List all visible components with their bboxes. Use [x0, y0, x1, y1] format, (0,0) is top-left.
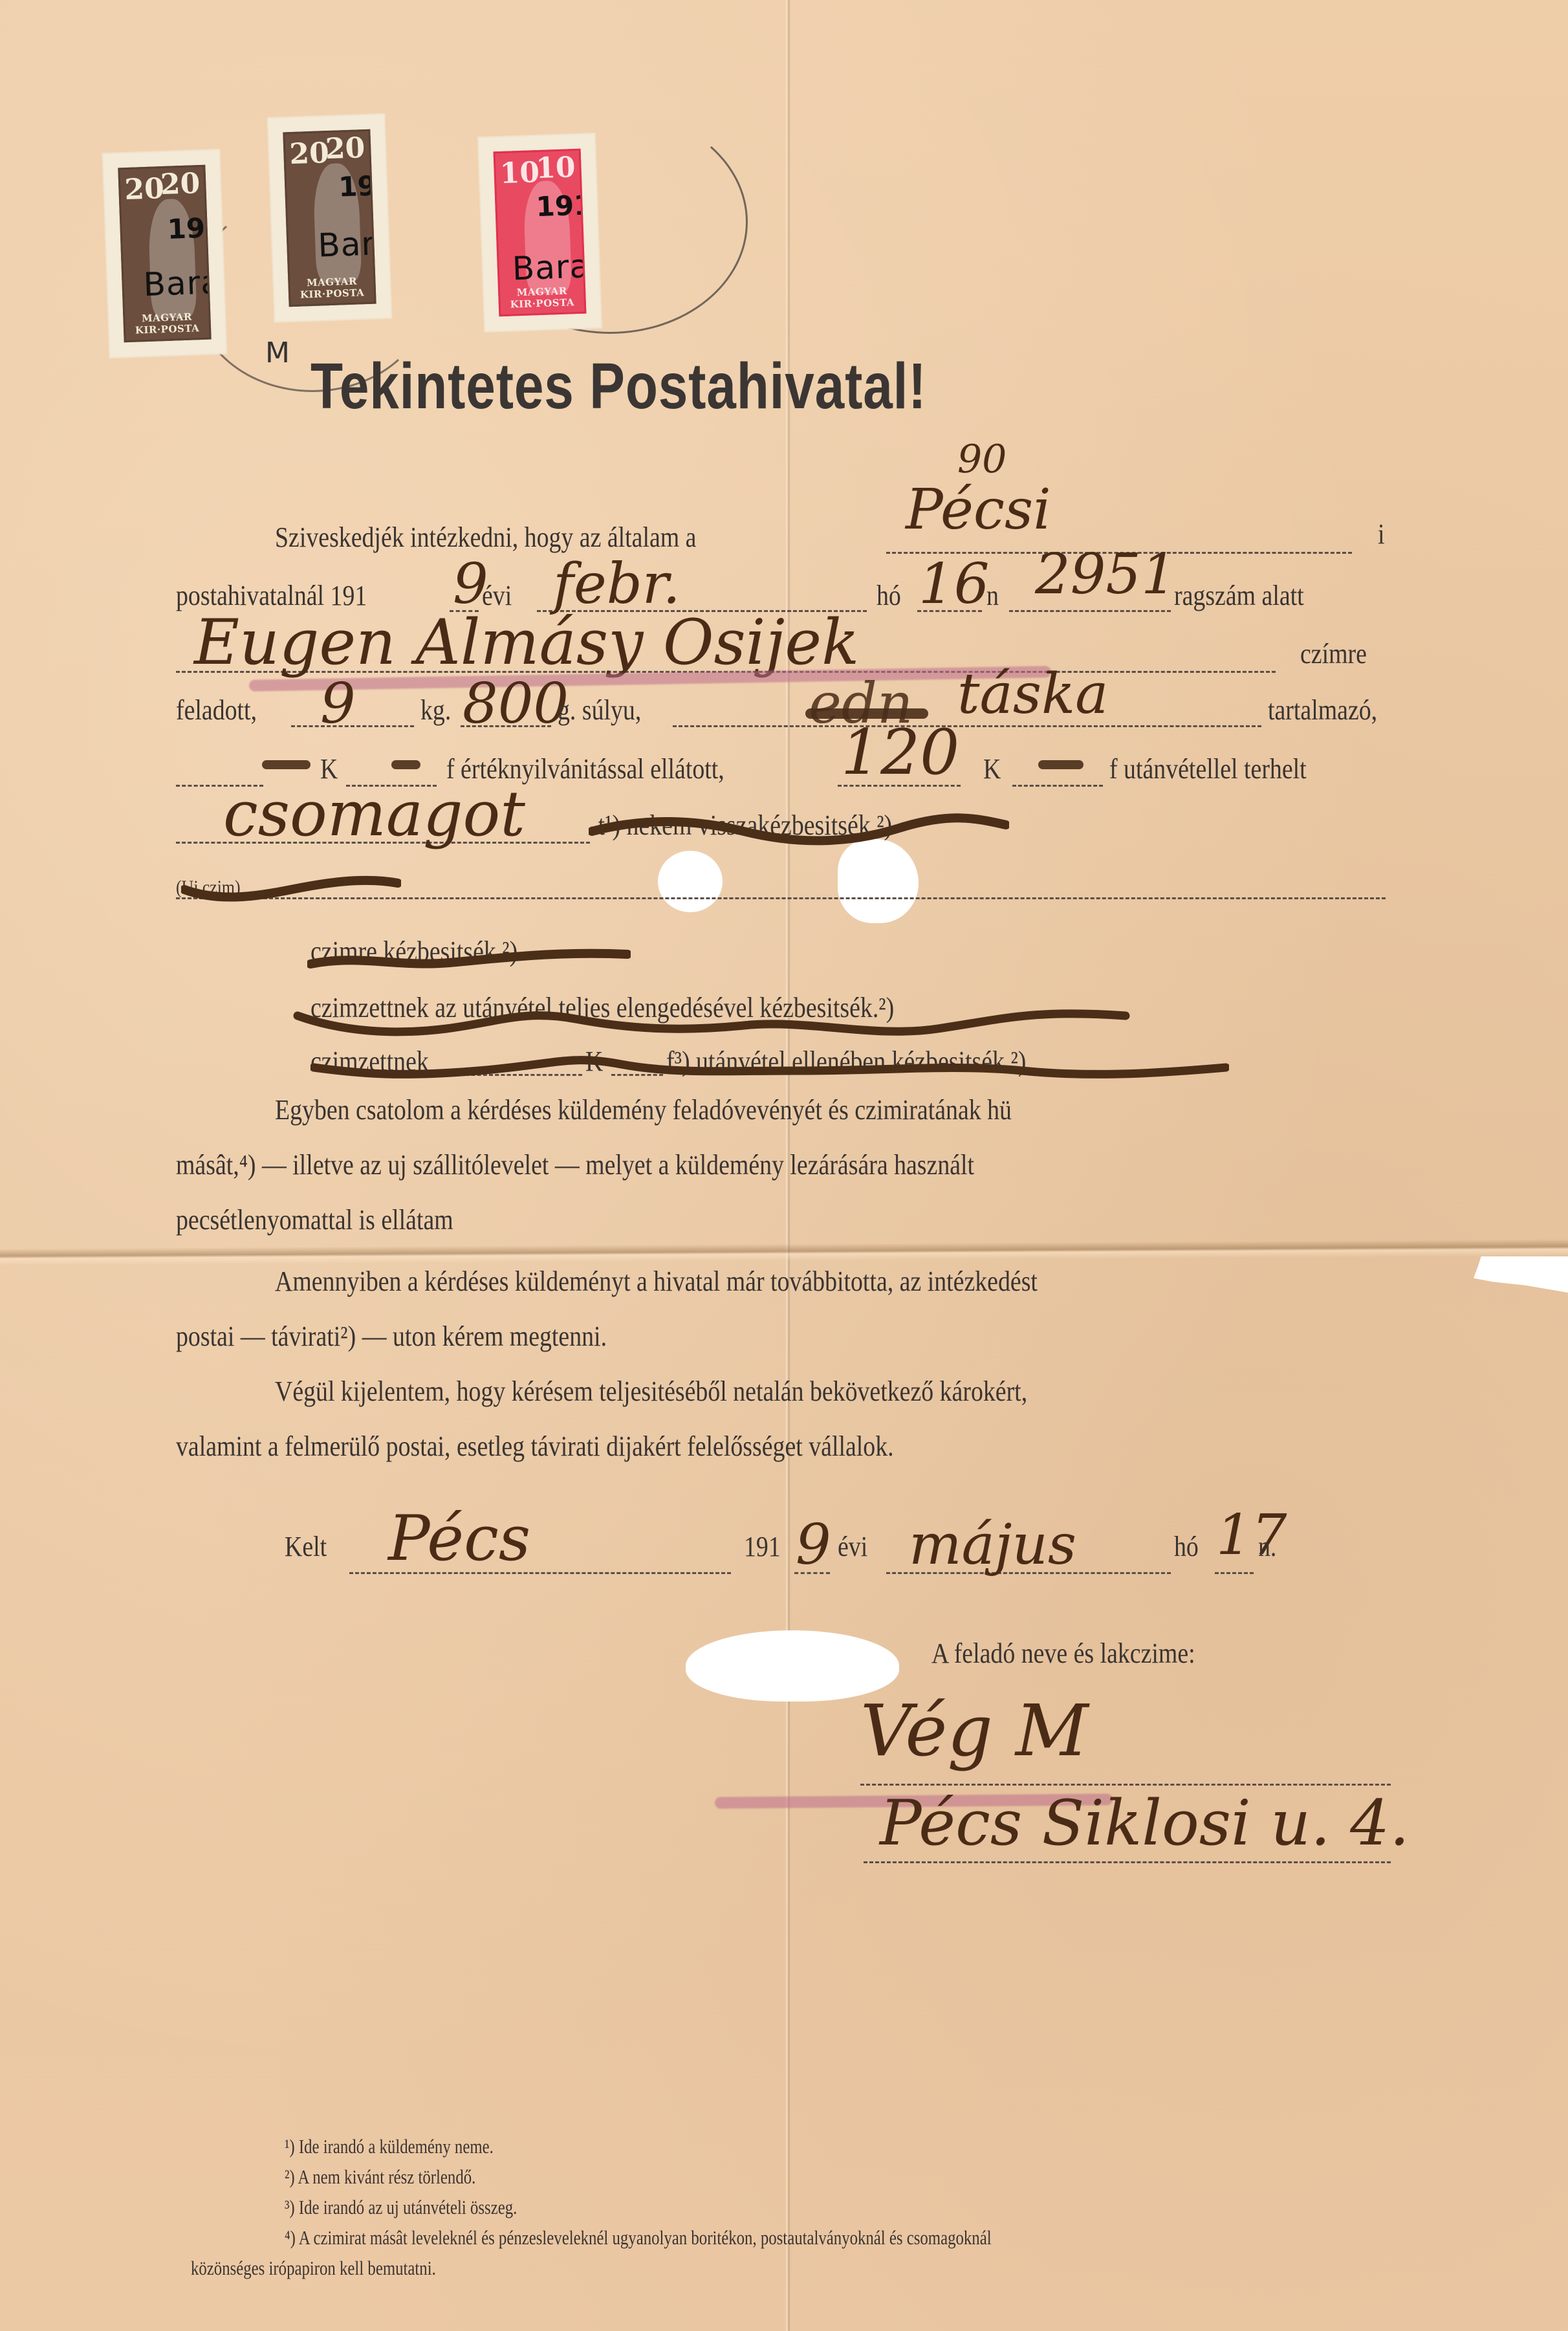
- paragraph-text: Amennyiben a kérdéses küldeményt a hivat…: [275, 1265, 1038, 1298]
- sender-label: A feladó neve és lakczime:: [931, 1637, 1195, 1670]
- handwritten-sender-name: Vég M: [860, 1695, 1088, 1766]
- postage-stamp: 10 10 MAGYAR KIR·POSTA 1919 Baranya: [479, 134, 601, 331]
- paragraph-text: valamint a felmerülő postai, esetleg táv…: [176, 1430, 894, 1463]
- wavy-strikethrough: [181, 867, 401, 906]
- postage-stamp: 20 20 MAGYAR KIR·POSTA 1919 Baranya: [103, 150, 226, 357]
- fill-line: [1009, 610, 1171, 612]
- fill-line: [1215, 1572, 1254, 1574]
- handwritten-weight-g: 800: [463, 676, 569, 732]
- wavy-underline: [291, 1006, 1132, 1045]
- paragraph-text: másât,⁴) — illetve az uj szállitólevelet…: [176, 1148, 974, 1181]
- handwritten-year: 9: [796, 1517, 831, 1573]
- paragraph-text: postai — távirati²) — uton kérem megtenn…: [176, 1320, 607, 1353]
- dash-mark: [391, 760, 420, 769]
- handwritten-item: csomagot: [223, 783, 525, 845]
- paragraph-text: pecsétlenyomattal is ellátam: [176, 1203, 453, 1236]
- footnote: ⁴) A czimirat másât leveleknél és pénzes…: [285, 2226, 992, 2249]
- paragraph-text: Egyben csatolom a kérdéses küldemény fel…: [275, 1093, 1012, 1126]
- footnote: ³) Ide irandó az uj utánvételi összeg.: [285, 2196, 517, 2219]
- handwritten-sender-address: Pécs Siklosi u. 4.: [880, 1792, 1410, 1854]
- punch-hole: [838, 839, 919, 923]
- page-title: Tekintetes Postahivatal!: [310, 349, 926, 424]
- footnote: ¹) Ide irandó a küldemény neme.: [285, 2135, 494, 2158]
- handwritten-day: 16: [919, 556, 989, 612]
- handwritten-content: táska: [957, 666, 1108, 722]
- footnote: ²) A nem kivánt rész törlendő.: [285, 2165, 475, 2189]
- fill-line: [1012, 785, 1103, 787]
- handwritten-place: Pécs: [388, 1507, 530, 1570]
- handwritten-post-office: Pécsi: [906, 482, 1051, 538]
- dash-mark: [262, 760, 310, 769]
- wavy-strikethrough: [310, 1045, 1229, 1090]
- handwritten-reg-number: 2951: [1035, 547, 1177, 602]
- fill-line: [864, 1861, 1391, 1863]
- wavy-strikethrough: [589, 812, 1009, 851]
- footnote: közönséges irópapiron kell bemutatni.: [191, 2257, 436, 2280]
- handwritten-addressee: Eugen Almásy Osijek: [194, 611, 859, 673]
- handwritten-month: febr.: [553, 556, 681, 612]
- handwritten-month: május: [909, 1517, 1076, 1573]
- form-text: Sziveskedjék intézkedni, hogy az általam…: [275, 521, 696, 554]
- handwritten-cod-amount: 120: [841, 721, 959, 783]
- punch-hole: [658, 851, 723, 912]
- dash-mark: [1038, 760, 1083, 769]
- handwritten-weight-kg: 9: [320, 676, 356, 732]
- handwritten-note: 90: [957, 440, 1007, 479]
- postmark-text: M: [265, 336, 290, 369]
- horizontal-fold-crease: [0, 1239, 1568, 1265]
- fill-line: [860, 1784, 1391, 1786]
- wavy-strikethrough: [307, 938, 631, 977]
- postage-stamp: 20 20 MAGYAR KIR·POSTA 1919 Baranya: [268, 115, 391, 322]
- edge-tear: [1474, 1256, 1568, 1293]
- paragraph-text: Végül kijelentem, hogy kérésem teljesité…: [275, 1375, 1027, 1408]
